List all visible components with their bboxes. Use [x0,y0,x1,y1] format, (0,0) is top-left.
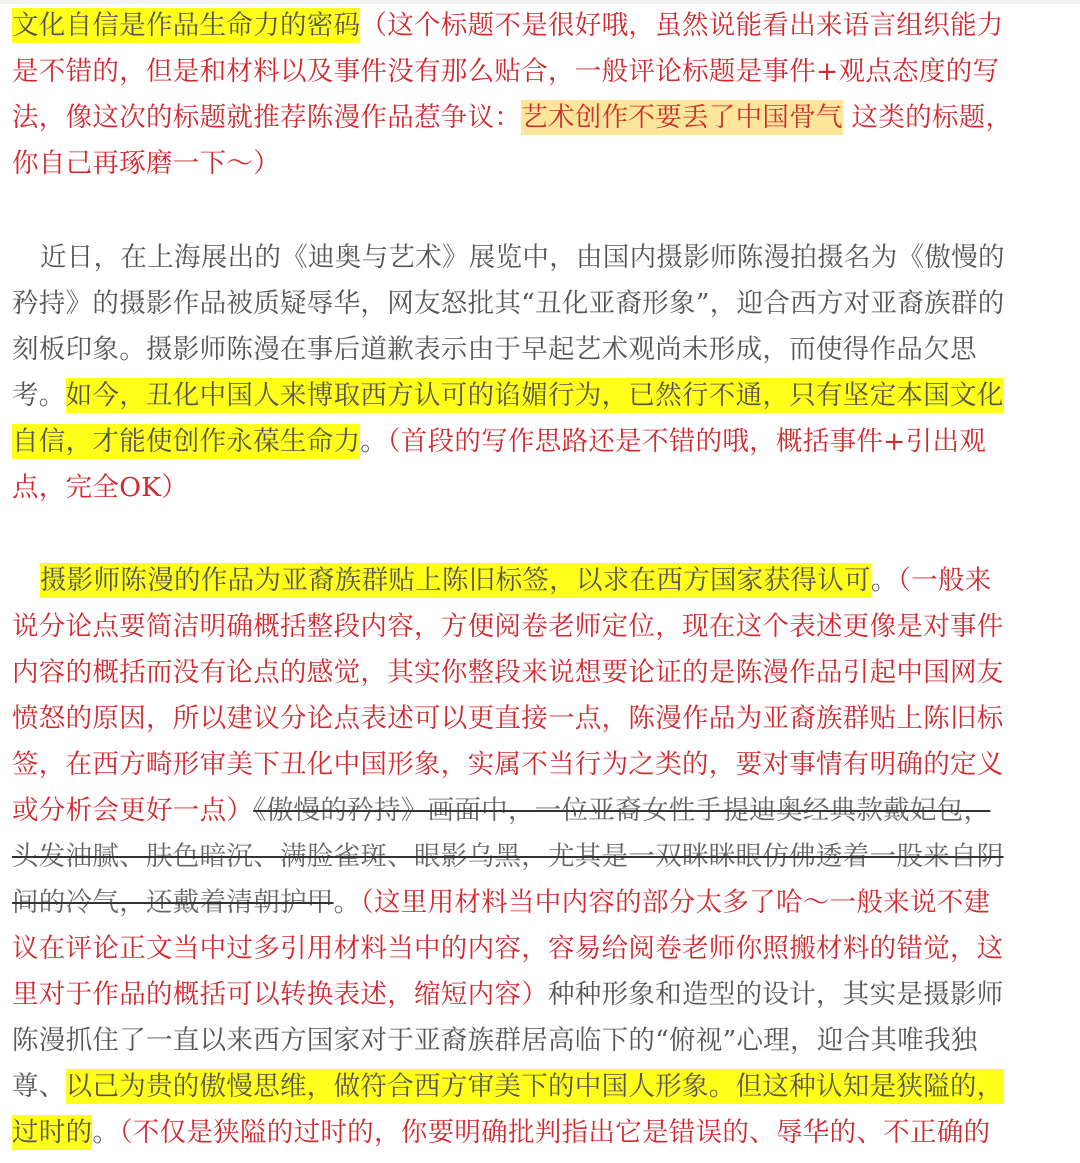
paragraph-1-line: 自信，才能使创作永葆生命力。（首段的写作思路还是不错的哦，概括事件+引出观 [12,420,1062,464]
paragraph-2-line: 间的冷气，还戴着清朝护甲。（这里用材料当中内容的部分太多了哈～一般来说不建 [12,881,1062,925]
essay-title: 文化自信是作品生命力的密码 [12,8,360,43]
paragraph-1-comment: （首段的写作思路还是不错的哦，概括事件+引出观 [387,426,986,457]
struck-text: 间的冷气，还戴着清朝护甲 [12,887,334,918]
argument-highlight: 以己为贵的傲慢思维，做符合西方审美下的中国人形象。但这种认知是狭隘的， [66,1069,1004,1104]
paragraph-2-line: 陈漫抓住了一直以来西方国家对于亚裔族群居高临下的“俯视”心理，迎合其唯我独 [12,1019,1062,1063]
paragraph-2-line: 摄影师陈漫的作品为亚裔族群贴上陈旧标签，以求在西方国家获得认可。（一般来 [12,559,1062,603]
paragraph-2-comment: 说分论点要简洁明确概括整段内容，方便阅卷老师定位，现在这个表述更像是对事件 [12,605,1062,649]
paragraph-2-line: 尊、以己为贵的傲慢思维，做符合西方审美下的中国人形象。但这种认知是狭隘的， [12,1065,1062,1109]
argument-highlight: 过时的 [12,1115,92,1150]
struck-text: 《傲慢的矜持》画面中，一位亚裔女性手提迪奥经典款戴妃包， [253,795,990,826]
paragraph-2-comment: 内容的概括而没有论点的感觉，其实你整段来说想要论证的是陈漫作品引起中国网友 [12,651,1062,695]
paragraph-1-line: 考。如今，丑化中国人来博取西方认可的谄媚行为，已然行不通，只有坚定本国文化 [12,374,1062,418]
paragraph-2-line: 过时的。（不仅是狭隘的过时的，你要明确批判指出它是错误的、辱华的、不正确的 [12,1111,1062,1155]
recommended-title: 艺术创作不要丢了中国骨气 [521,100,843,135]
title-comment-line: 是不错的，但是和材料以及事件没有那么贴合，一般评论标题是事件+观点态度的写 [12,50,1062,94]
paragraph-1-line: 近日，在上海展出的《迪奥与艺术》展览中，由国内摄影师陈漫拍摄名为《傲慢的 [12,236,1062,280]
paragraph-2-comment: 愤怒的原因，所以建议分论点表述可以更直接一点，陈漫作品为亚裔族群贴上陈旧标 [12,697,1062,741]
essay-document: 文化自信是作品生命力的密码（这个标题不是很好哦，虽然说能看出来语言组织能力 是不… [0,0,1080,1163]
paragraph-2-line: 或分析会更好一点）《傲慢的矜持》画面中，一位亚裔女性手提迪奥经典款戴妃包， [12,789,1062,833]
paragraph-2-comment: 签，在西方畸形审美下丑化中国形象，实属不当行为之类的，要对事情有明确的定义 [12,743,1062,787]
topic-sentence-highlight: 摄影师陈漫的作品为亚裔族群贴上陈旧标签，以求在西方国家获得认可 [40,563,871,598]
struck-text: 头发油腻、肤色暗沉、满脸雀斑、眼影乌黑，尤其是一双眯眯眼仿佛透着一股来自阴 [12,841,1004,872]
thesis-highlight: 如今，丑化中国人来博取西方认可的谄媚行为，已然行不通，只有坚定本国文化 [66,378,1004,413]
paragraph-1-line: 刻板印象。摄影师陈漫在事后道歉表示由于早起艺术观尚未形成，而使得作品欠思 [12,328,1062,372]
thesis-highlight: 自信，才能使创作永葆生命力 [12,424,360,459]
paragraph-2-comment: 议在评论正文当中过多引用材料当中的内容，容易给阅卷老师你照搬材料的错觉，这 [12,927,1062,971]
paragraph-1-line: 矜持》的摄影作品被质疑辱华，网友怒批其“丑化亚裔形象”，迎合西方对亚裔族群的 [12,282,1062,326]
paragraph-2-line: 里对于作品的概括可以转换表述，缩短内容）种种形象和造型的设计，其实是摄影师 [12,973,1062,1017]
paragraph-1-comment: 点，完全OK） [12,466,1062,510]
paragraph-2-comment: （不仅是狭隘的过时的，你要明确批判指出它是错误的、辱华的、不正确的 [119,1117,990,1148]
title-comment-line: 法，像这次的标题就推荐陈漫作品惹争议：艺术创作不要丢了中国骨气 这类的标题， [12,96,1062,140]
title-comment-line: 你自己再琢磨一下～） [12,142,1062,186]
title-comment: （这个标题不是很好哦，虽然说能看出来语言组织能力 [360,10,1003,41]
paragraph-2-line: 头发油腻、肤色暗沉、满脸雀斑、眼影乌黑，尤其是一双眯眯眼仿佛透着一股来自阴 [12,835,1062,879]
title-line: 文化自信是作品生命力的密码（这个标题不是很好哦，虽然说能看出来语言组织能力 [12,4,1062,48]
